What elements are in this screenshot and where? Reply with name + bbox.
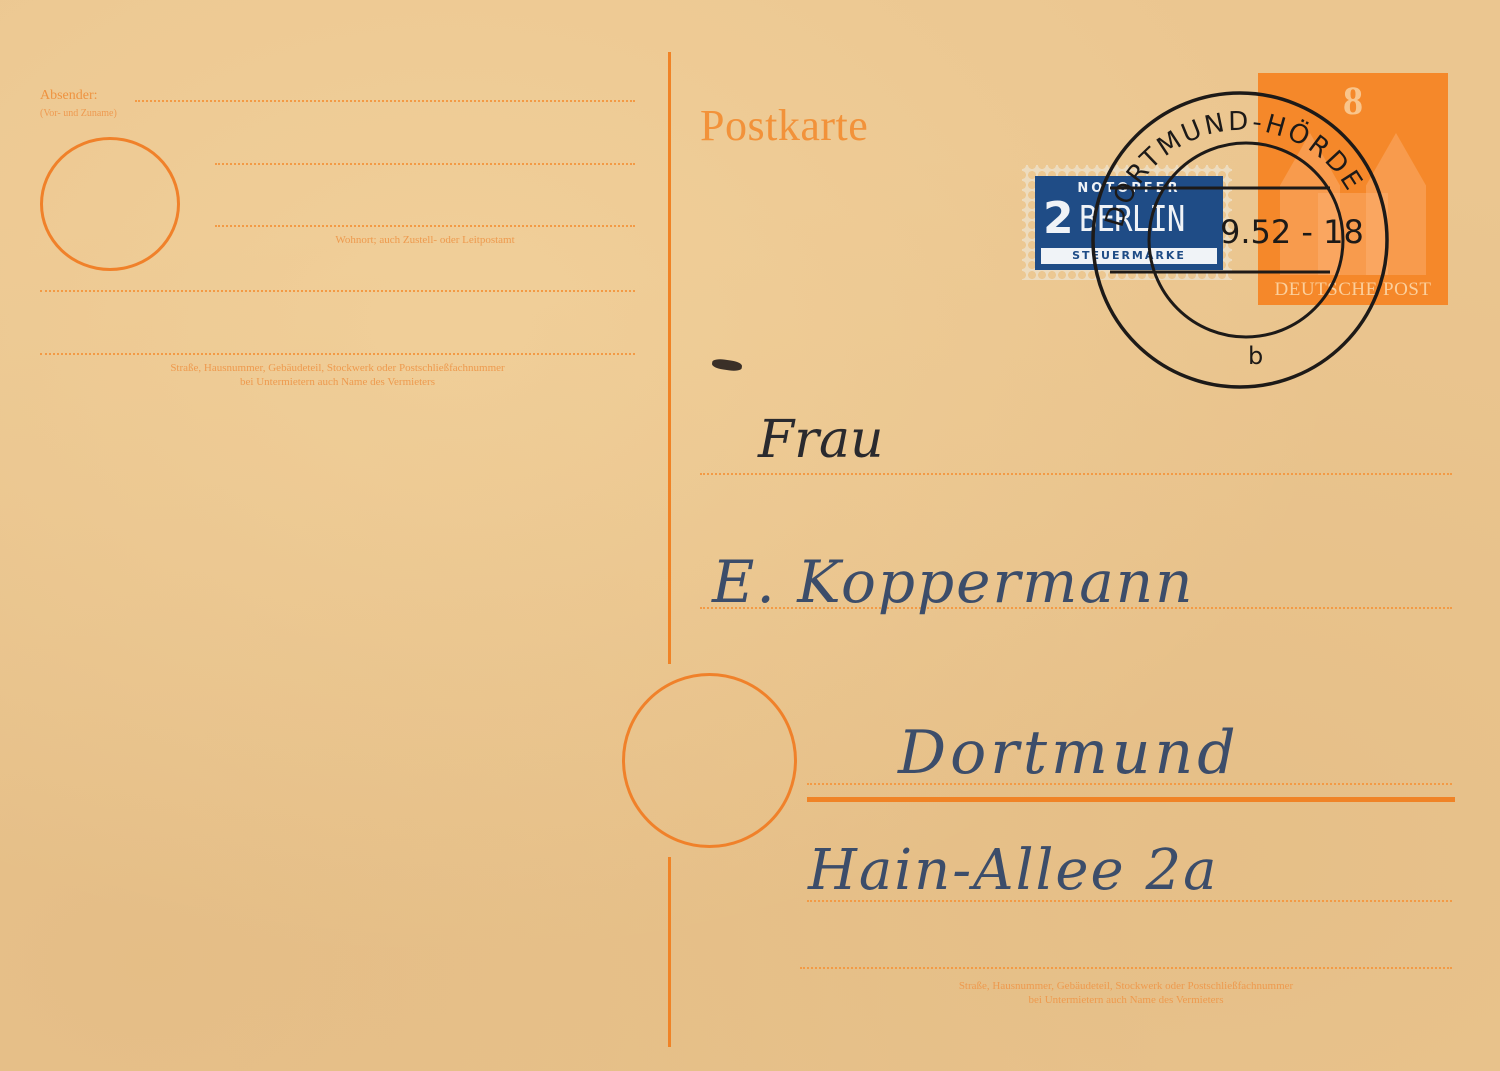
postmark-date: 9.52 - 18: [1220, 213, 1364, 251]
sender-residence-line: [215, 225, 635, 227]
sender-line-1: [215, 163, 635, 165]
recipient-city-underline: [807, 797, 1455, 802]
card-title: Postkarte: [700, 100, 868, 151]
sender-label: Absender:: [40, 88, 98, 104]
postmark-letter: b: [1248, 342, 1263, 370]
recipient-line-1: [700, 473, 1452, 475]
sender-postcode-circle: [40, 137, 180, 271]
recipient-street-caption-2: bei Untermietern auch Name des Vermieter…: [800, 994, 1452, 1006]
sender-street-caption-2: bei Untermietern auch Name des Vermieter…: [40, 376, 635, 388]
handwritten-city: Dortmund: [898, 718, 1240, 788]
divider-line-top: [668, 52, 671, 664]
ink-blot: [711, 358, 742, 372]
sender-sublabel: (Vor- und Zuname): [40, 108, 117, 119]
handwritten-street: Hain-Allee 2a: [808, 838, 1218, 903]
tax-stamp-value: 2: [1043, 194, 1074, 244]
handwritten-name: E. Koppermann: [712, 548, 1195, 616]
sender-street-line: [40, 353, 635, 355]
postcard: Absender: (Vor- und Zuname) Wohnort; auc…: [0, 0, 1500, 1071]
sender-residence-caption: Wohnort; auch Zustell- oder Leitpostamt: [215, 234, 635, 246]
recipient-postcode-circle: [622, 673, 797, 848]
postmark-place: DORTMUND-HÖRDE: [1100, 107, 1370, 231]
handwritten-salutation: Frau: [758, 410, 883, 470]
postmark: DORTMUND-HÖRDE 9.52 - 18 b: [1080, 80, 1400, 400]
divider-line-bottom: [668, 857, 671, 1047]
recipient-street-line: [800, 967, 1452, 969]
sender-line-3: [40, 290, 635, 292]
sender-street-caption-1: Straße, Hausnummer, Gebäudeteil, Stockwe…: [40, 362, 635, 374]
recipient-street-caption-1: Straße, Hausnummer, Gebäudeteil, Stockwe…: [800, 980, 1452, 992]
sender-name-line: [135, 100, 635, 102]
